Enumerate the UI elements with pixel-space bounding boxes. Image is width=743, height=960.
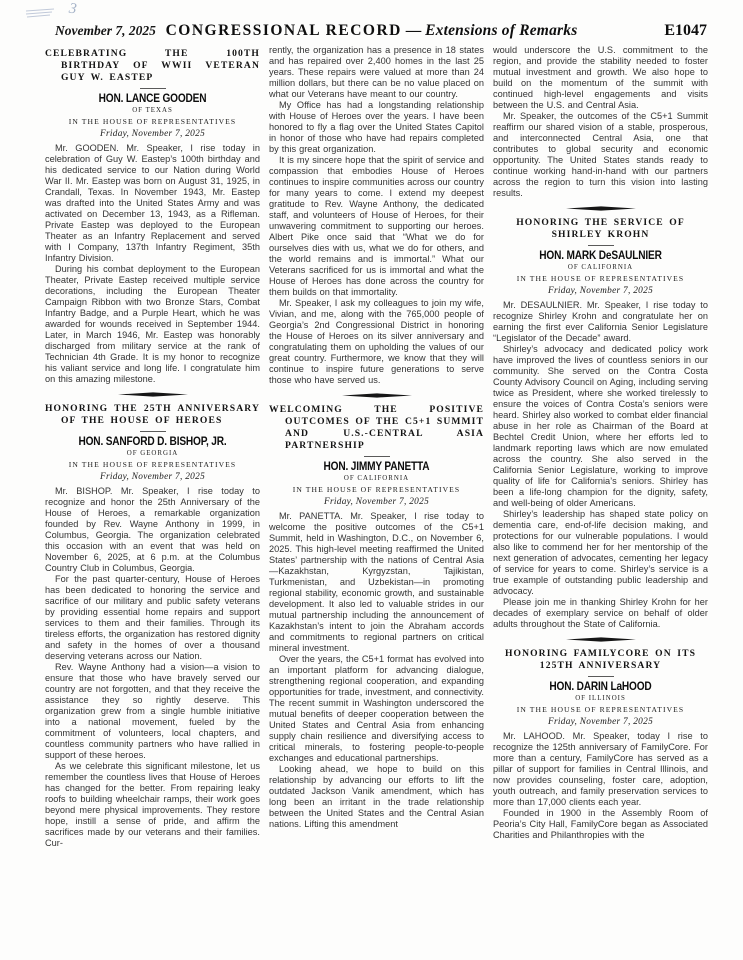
article-title: HONORING THE 25TH ANNIVERSARY OF THE HOU…	[45, 403, 260, 427]
chamber-line: IN THE HOUSE OF REPRESENTATIVES	[45, 460, 260, 469]
masthead-title: CONGRESSIONAL RECORD	[166, 22, 402, 39]
paragraph: Mr. Speaker, the outcomes of the C5+1 Su…	[493, 111, 708, 199]
speaker-state: OF TEXAS	[45, 107, 260, 114]
paragraph: My Office has had a longstanding relatio…	[269, 100, 484, 155]
section-divider	[118, 392, 188, 397]
masthead: CONGRESSIONAL RECORD — Extensions of Rem…	[0, 22, 743, 40]
paragraph: Please join me in thanking Shirley Krohn…	[493, 597, 708, 630]
paragraph: Shirley’s leadership has shaped state po…	[493, 509, 708, 597]
running-head: November 7, 2025 CONGRESSIONAL RECORD — …	[0, 22, 743, 44]
paragraph: It is my sincere hope that the spirit of…	[269, 155, 484, 298]
congressional-record-page: 3 November 7, 2025 CONGRESSIONAL RECORD …	[0, 0, 743, 960]
page-body: CELEBRATING THE 100TH BIRTHDAY OF WWII V…	[45, 45, 708, 915]
paragraph: Shirley’s advocacy and dedicated policy …	[493, 344, 708, 509]
speaker-state: OF GEORGIA	[45, 450, 260, 457]
paragraph: Mr. LAHOOD. Mr. Speaker, today I rise to…	[493, 731, 708, 808]
sitting-date: Friday, November 7, 2025	[269, 497, 484, 507]
column-2: rently, the organization has a presence …	[269, 45, 484, 915]
speaker-state: OF CALIFORNIA	[493, 264, 708, 271]
sitting-date: Friday, November 7, 2025	[493, 286, 708, 296]
chamber-line: IN THE HOUSE OF REPRESENTATIVES	[45, 117, 260, 126]
speaker-name: HON. DARIN LaHOOD	[506, 681, 695, 693]
corner-mark-number: 3	[67, 1, 77, 19]
article-title: HONORING THE SERVICE OF SHIRLEY KROHN	[493, 217, 708, 241]
masthead-section: Extensions of Remarks	[425, 22, 577, 39]
paragraph: Mr. BISHOP. Mr. Speaker, I rise today to…	[45, 486, 260, 574]
paragraph: Over the years, the C5+1 format has evol…	[269, 654, 484, 764]
paragraph: Looking ahead, we hope to build on this …	[269, 764, 484, 830]
heading-rule	[364, 456, 390, 457]
paragraph: As we celebrate this significant milesto…	[45, 761, 260, 849]
chamber-line: IN THE HOUSE OF REPRESENTATIVES	[493, 274, 708, 283]
paragraph: During his combat deployment to the Euro…	[45, 264, 260, 385]
article-title: WELCOMING THE POSITIVE OUTCOMES OF THE C…	[269, 404, 484, 452]
paragraph-continuation: rently, the organization has a presence …	[269, 45, 484, 100]
masthead-dash: —	[406, 22, 422, 39]
paragraph: Mr. Speaker, I ask my colleagues to join…	[269, 298, 484, 386]
speaker-state: OF CALIFORNIA	[269, 475, 484, 482]
chamber-line: IN THE HOUSE OF REPRESENTATIVES	[493, 705, 708, 714]
paragraph: Mr. PANETTA. Mr. Speaker, I rise today t…	[269, 511, 484, 654]
heading-rule	[140, 88, 166, 89]
section-divider	[342, 393, 412, 398]
heading-rule	[588, 245, 614, 246]
column-3: would underscore the U.S. commitment to …	[493, 45, 708, 915]
chamber-line: IN THE HOUSE OF REPRESENTATIVES	[269, 485, 484, 494]
speaker-name: HON. SANFORD D. BISHOP, JR.	[58, 436, 247, 448]
speaker-name: HON. JIMMY PANETTA	[282, 461, 471, 473]
sitting-date: Friday, November 7, 2025	[45, 129, 260, 139]
heading-rule	[588, 676, 614, 677]
section-divider	[566, 637, 636, 642]
paragraph: Mr. DESAULNIER. Mr. Speaker, I rise toda…	[493, 300, 708, 344]
paragraph: Founded in 1900 in the Assembly Room of …	[493, 808, 708, 841]
paragraph: Mr. GOODEN. Mr. Speaker, I rise today in…	[45, 143, 260, 264]
heading-rule	[140, 431, 166, 432]
speaker-name: HON. LANCE GOODEN	[58, 93, 247, 105]
column-1: CELEBRATING THE 100TH BIRTHDAY OF WWII V…	[45, 45, 260, 915]
sitting-date: Friday, November 7, 2025	[45, 472, 260, 482]
speaker-name: HON. MARK DeSAULNIER	[506, 250, 695, 262]
article-title: HONORING FAMILYCORE ON ITS 125TH ANNIVER…	[493, 648, 708, 672]
sitting-date: Friday, November 7, 2025	[493, 717, 708, 727]
paragraph-continuation: would underscore the U.S. commitment to …	[493, 45, 708, 111]
section-divider	[566, 206, 636, 211]
article-title: CELEBRATING THE 100TH BIRTHDAY OF WWII V…	[45, 48, 260, 84]
speaker-state: OF ILLINOIS	[493, 695, 708, 702]
page-number: E1047	[664, 22, 707, 40]
paragraph: Rev. Wayne Anthony had a vision—a vision…	[45, 662, 260, 761]
paragraph: For the past quarter-century, House of H…	[45, 574, 260, 662]
